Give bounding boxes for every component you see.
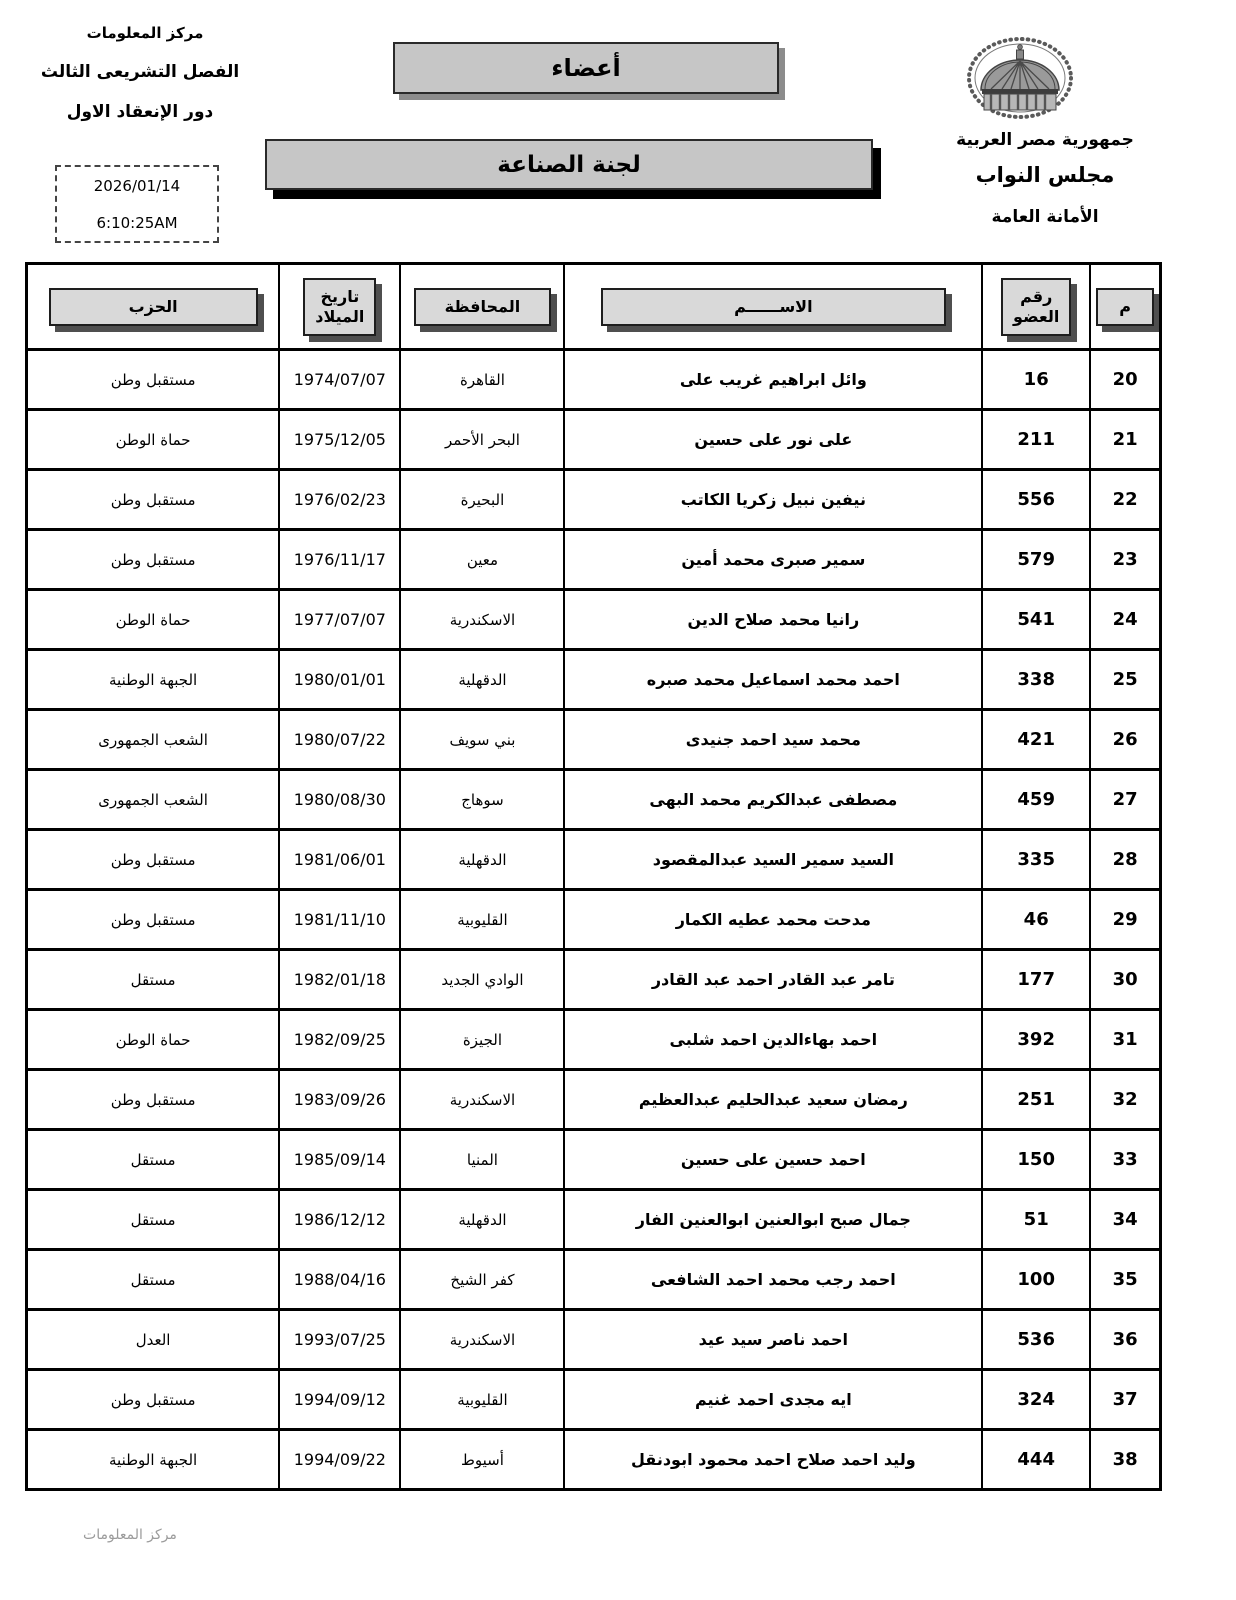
table-row: 28 335 السيد سمير السيد عبدالمقصود الدقه… [27, 830, 1161, 890]
governorate-cell: الدقهلية [400, 1190, 564, 1250]
member-name-cell: احمد رجب محمد احمد الشافعى [564, 1250, 982, 1310]
birth-date-cell: 1986/12/12 [279, 1190, 400, 1250]
footer-info-center-label: مركز المعلومات [70, 1527, 190, 1543]
party-cell: حماة الوطن [27, 1010, 280, 1070]
row-number-cell: 20 [1090, 350, 1160, 410]
member-name-cell: رانيا محمد صلاح الدين [564, 590, 982, 650]
birth-date-cell: 1981/11/10 [279, 890, 400, 950]
birth-date-cell: 1975/12/05 [279, 410, 400, 470]
party-cell: مستقبل وطن [27, 1370, 280, 1430]
row-number-cell: 24 [1090, 590, 1160, 650]
member-number-cell: 536 [982, 1310, 1090, 1370]
header-name: الاســــــم [564, 264, 982, 350]
page-title: أعضاء [393, 42, 779, 94]
parliament-logo-icon [965, 34, 1075, 122]
header-member-no-box: رقمالعضو [1001, 278, 1071, 336]
committee-title-text: لجنة الصناعة [497, 152, 640, 178]
header-no-box: م [1096, 288, 1154, 326]
birth-date-cell: 1981/06/01 [279, 830, 400, 890]
table-row: 24 541 رانيا محمد صلاح الدين الاسكندرية … [27, 590, 1161, 650]
birth-date-cell: 1977/07/07 [279, 590, 400, 650]
birth-date-cell: 1980/07/22 [279, 710, 400, 770]
party-cell: حماة الوطن [27, 410, 280, 470]
row-number-cell: 38 [1090, 1430, 1160, 1490]
member-number-cell: 392 [982, 1010, 1090, 1070]
party-cell: الشعب الجمهورى [27, 710, 280, 770]
member-number-cell: 16 [982, 350, 1090, 410]
member-number-cell: 51 [982, 1190, 1090, 1250]
governorate-cell: الاسكندرية [400, 1070, 564, 1130]
header-member-no-line1: رقم [1020, 287, 1052, 306]
member-number-cell: 541 [982, 590, 1090, 650]
party-cell: العدل [27, 1310, 280, 1370]
party-cell: مستقبل وطن [27, 530, 280, 590]
table-row: 20 16 وائل ابراهيم غريب على القاهرة 1974… [27, 350, 1161, 410]
member-number-cell: 211 [982, 410, 1090, 470]
birth-date-cell: 1985/09/14 [279, 1130, 400, 1190]
table-header-row: م رقمالعضو الاســــــم المحافظة تاريخالم… [27, 264, 1161, 350]
member-name-cell: احمد ناصر سيد عيد [564, 1310, 982, 1370]
header-birth-line1: تاريخ [320, 287, 359, 306]
member-number-cell: 579 [982, 530, 1090, 590]
table-row: 37 324 ايه مجدى احمد غنيم القليوبية 1994… [27, 1370, 1161, 1430]
table-row: 31 392 احمد بهاءالدين احمد شلبى الجيزة 1… [27, 1010, 1161, 1070]
table-row: 32 251 رمضان سعيد عبدالحليم عبدالعظيم ال… [27, 1070, 1161, 1130]
row-number-cell: 34 [1090, 1190, 1160, 1250]
birth-date-cell: 1976/02/23 [279, 470, 400, 530]
table-row: 29 46 مدحت محمد عطيه الكمار القليوبية 19… [27, 890, 1161, 950]
birth-date-cell: 1988/04/16 [279, 1250, 400, 1310]
table-row: 27 459 مصطفى عبدالكريم محمد البهى سوهاج … [27, 770, 1161, 830]
table-row: 38 444 وليد احمد صلاح احمد محمود ابودنقل… [27, 1430, 1161, 1490]
header-birth-date-box: تاريخالميلاد [303, 278, 376, 336]
birth-date-cell: 1994/09/12 [279, 1370, 400, 1430]
header-birth-line2: الميلاد [315, 307, 364, 326]
row-number-cell: 29 [1090, 890, 1160, 950]
party-cell: الجبهة الوطنية [27, 650, 280, 710]
member-number-cell: 324 [982, 1370, 1090, 1430]
party-cell: مستقبل وطن [27, 830, 280, 890]
birth-date-cell: 1980/01/01 [279, 650, 400, 710]
birth-date-cell: 1980/08/30 [279, 770, 400, 830]
member-name-cell: تامر عبد القادر احمد عبد القادر [564, 950, 982, 1010]
committee-title: لجنة الصناعة [265, 139, 873, 190]
country-label: جمهورية مصر العربية [940, 130, 1150, 150]
table-row: 30 177 تامر عبد القادر احمد عبد القادر ا… [27, 950, 1161, 1010]
birth-date-cell: 1982/09/25 [279, 1010, 400, 1070]
member-name-cell: مصطفى عبدالكريم محمد البهى [564, 770, 982, 830]
table-row: 25 338 احمد محمد اسماعيل محمد صبره الدقه… [27, 650, 1161, 710]
datetime-box: 2026/01/14 6:10:25AM [55, 165, 219, 243]
table-row: 21 211 على نور على حسين البحر الأحمر 197… [27, 410, 1161, 470]
member-name-cell: احمد محمد اسماعيل محمد صبره [564, 650, 982, 710]
row-number-cell: 21 [1090, 410, 1160, 470]
birth-date-cell: 1983/09/26 [279, 1070, 400, 1130]
birth-date-cell: 1994/09/22 [279, 1430, 400, 1490]
member-name-cell: ايه مجدى احمد غنيم [564, 1370, 982, 1430]
legislative-term-label: الفصل التشريعى الثالث [15, 62, 265, 82]
birth-date-cell: 1976/11/17 [279, 530, 400, 590]
member-number-cell: 459 [982, 770, 1090, 830]
info-center-label: مركز المعلومات [40, 24, 250, 42]
member-number-cell: 444 [982, 1430, 1090, 1490]
row-number-cell: 35 [1090, 1250, 1160, 1310]
row-number-cell: 36 [1090, 1310, 1160, 1370]
party-cell: مستقبل وطن [27, 890, 280, 950]
print-date: 2026/01/14 [94, 177, 180, 195]
council-label: مجلس النواب [940, 163, 1150, 187]
party-cell: مستقبل وطن [27, 1070, 280, 1130]
governorate-cell: القاهرة [400, 350, 564, 410]
table-row: 36 536 احمد ناصر سيد عيد الاسكندرية 1993… [27, 1310, 1161, 1370]
row-number-cell: 30 [1090, 950, 1160, 1010]
member-name-cell: نيفين نبيل زكريا الكاتب [564, 470, 982, 530]
governorate-cell: القليوبية [400, 1370, 564, 1430]
party-cell: الشعب الجمهورى [27, 770, 280, 830]
birth-date-cell: 1993/07/25 [279, 1310, 400, 1370]
row-number-cell: 37 [1090, 1370, 1160, 1430]
party-cell: الجبهة الوطنية [27, 1430, 280, 1490]
page-title-text: أعضاء [551, 54, 621, 82]
birth-date-cell: 1982/01/18 [279, 950, 400, 1010]
birth-date-cell: 1974/07/07 [279, 350, 400, 410]
session-round-label: دور الإنعقاد الاول [30, 102, 250, 122]
member-number-cell: 46 [982, 890, 1090, 950]
header-no: م [1090, 264, 1160, 350]
member-number-cell: 338 [982, 650, 1090, 710]
member-name-cell: السيد سمير السيد عبدالمقصود [564, 830, 982, 890]
governorate-cell: سوهاج [400, 770, 564, 830]
member-number-cell: 335 [982, 830, 1090, 890]
member-name-cell: جمال صبح ابوالعنين ابوالعنين الفار [564, 1190, 982, 1250]
row-number-cell: 33 [1090, 1130, 1160, 1190]
header-governorate: المحافظة [400, 264, 564, 350]
party-cell: مستقل [27, 1250, 280, 1310]
table-row: 33 150 احمد حسين على حسين المنيا 1985/09… [27, 1130, 1161, 1190]
governorate-cell: بني سويف [400, 710, 564, 770]
row-number-cell: 32 [1090, 1070, 1160, 1130]
governorate-cell: الوادي الجديد [400, 950, 564, 1010]
print-time: 6:10:25AM [96, 214, 177, 232]
governorate-cell: الاسكندرية [400, 590, 564, 650]
party-cell: مستقل [27, 950, 280, 1010]
member-number-cell: 100 [982, 1250, 1090, 1310]
header-member-no: رقمالعضو [982, 264, 1090, 350]
row-number-cell: 23 [1090, 530, 1160, 590]
member-name-cell: مدحت محمد عطيه الكمار [564, 890, 982, 950]
row-number-cell: 26 [1090, 710, 1160, 770]
member-name-cell: على نور على حسين [564, 410, 982, 470]
table-row: 23 579 سمير صبرى محمد أمين معين 1976/11/… [27, 530, 1161, 590]
member-number-cell: 177 [982, 950, 1090, 1010]
table-row: 26 421 محمد سيد احمد جنيدى بني سويف 1980… [27, 710, 1161, 770]
header-party-box: الحزب [49, 288, 258, 326]
table-row: 22 556 نيفين نبيل زكريا الكاتب البحيرة 1… [27, 470, 1161, 530]
member-name-cell: احمد بهاءالدين احمد شلبى [564, 1010, 982, 1070]
header-party: الحزب [27, 264, 280, 350]
member-number-cell: 150 [982, 1130, 1090, 1190]
member-name-cell: احمد حسين على حسين [564, 1130, 982, 1190]
party-cell: مستقل [27, 1130, 280, 1190]
governorate-cell: الجيزة [400, 1010, 564, 1070]
party-cell: مستقل [27, 1190, 280, 1250]
row-number-cell: 27 [1090, 770, 1160, 830]
governorate-cell: القليوبية [400, 890, 564, 950]
party-cell: حماة الوطن [27, 590, 280, 650]
governorate-cell: كفر الشيخ [400, 1250, 564, 1310]
governorate-cell: الاسكندرية [400, 1310, 564, 1370]
row-number-cell: 28 [1090, 830, 1160, 890]
member-name-cell: وليد احمد صلاح احمد محمود ابودنقل [564, 1430, 982, 1490]
governorate-cell: الدقهلية [400, 830, 564, 890]
row-number-cell: 22 [1090, 470, 1160, 530]
table-row: 35 100 احمد رجب محمد احمد الشافعى كفر ال… [27, 1250, 1161, 1310]
governorate-cell: معين [400, 530, 564, 590]
members-table: م رقمالعضو الاســــــم المحافظة تاريخالم… [25, 262, 1162, 1491]
governorate-cell: البحر الأحمر [400, 410, 564, 470]
member-name-cell: سمير صبرى محمد أمين [564, 530, 982, 590]
header-name-box: الاســــــم [601, 288, 946, 326]
governorate-cell: المنيا [400, 1130, 564, 1190]
party-cell: مستقبل وطن [27, 470, 280, 530]
secretariat-label: الأمانة العامة [940, 207, 1150, 227]
governorate-cell: البحيرة [400, 470, 564, 530]
governorate-cell: الدقهلية [400, 650, 564, 710]
member-name-cell: رمضان سعيد عبدالحليم عبدالعظيم [564, 1070, 982, 1130]
member-number-cell: 251 [982, 1070, 1090, 1130]
member-number-cell: 556 [982, 470, 1090, 530]
party-cell: مستقبل وطن [27, 350, 280, 410]
header-governorate-box: المحافظة [414, 288, 551, 326]
member-name-cell: وائل ابراهيم غريب على [564, 350, 982, 410]
member-number-cell: 421 [982, 710, 1090, 770]
row-number-cell: 25 [1090, 650, 1160, 710]
governorate-cell: أسيوط [400, 1430, 564, 1490]
header-birth-date: تاريخالميلاد [279, 264, 400, 350]
member-name-cell: محمد سيد احمد جنيدى [564, 710, 982, 770]
header-member-no-line2: العضو [1013, 307, 1059, 326]
row-number-cell: 31 [1090, 1010, 1160, 1070]
table-row: 34 51 جمال صبح ابوالعنين ابوالعنين الفار… [27, 1190, 1161, 1250]
